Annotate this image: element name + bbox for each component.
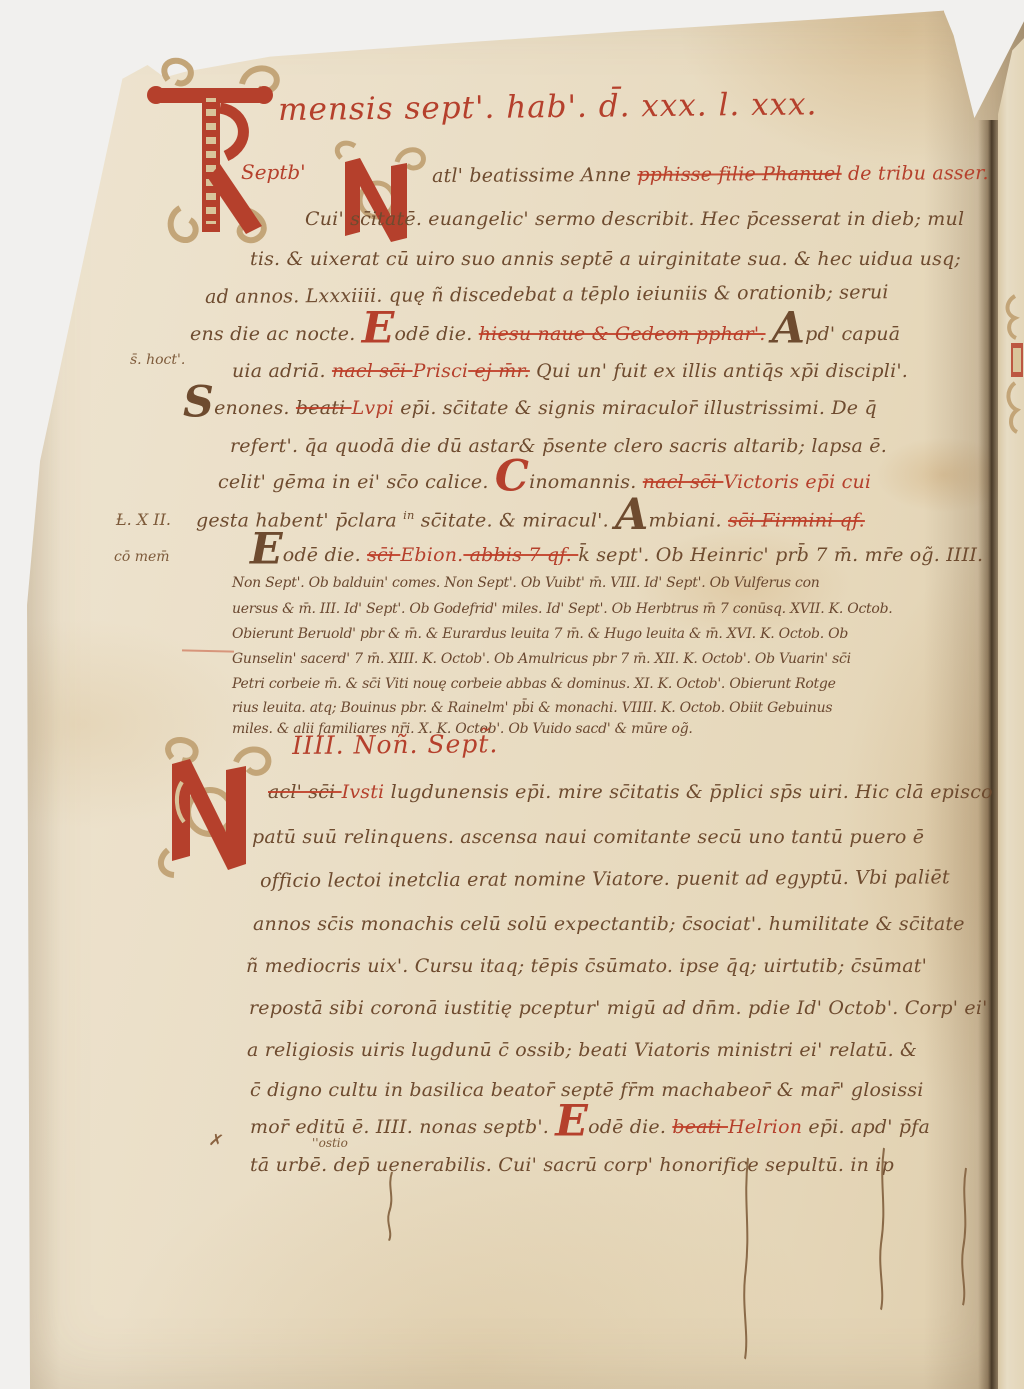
text-segment: gesta habent' p̄clara	[196, 509, 403, 531]
month-label: Septb'	[241, 160, 306, 184]
pen-flourish	[384, 1172, 398, 1242]
facing-folio-ornament-fragment	[1001, 288, 1024, 438]
text-segment: Lvpi	[352, 397, 394, 419]
text-segment: officio lectoi inetclia erat nomine Viat…	[260, 866, 950, 892]
margin-note-comem: cō mem̄	[114, 549, 170, 565]
margin-note-hoct: s̄. hoct'.	[130, 352, 185, 368]
text-segment: annos sc̄is monachis celū solū expectant…	[253, 913, 965, 935]
text-segment: odē die.	[283, 544, 367, 566]
text-segment: pphisse filie Phanuel	[637, 163, 841, 186]
text-segment: a religiosis uiris lugdunū c̄ ossib; bea…	[247, 1039, 917, 1061]
text-segment: Helrion	[728, 1116, 802, 1138]
obit-line: Gunselin' sacerd' 7 m̄. XIII. K. Octob'.…	[232, 651, 851, 667]
text-segment: ep̄i cui	[799, 471, 871, 493]
text-segment: in	[403, 508, 414, 522]
obit-line: uersus & m̄. III. Id' Sept'. Ob Godefrid…	[232, 601, 893, 617]
obit-line: rius leuita. atq; Bouinus pbr. & Rainelm…	[232, 700, 832, 716]
versal-initial: S	[183, 378, 214, 428]
text-line: atl' beatissime Anne pphisse filie Phanu…	[432, 163, 989, 188]
text-line: ñ mediocris uix'. Cursu itaq; tēpis c̄sū…	[246, 956, 927, 978]
versal-initial: C	[495, 452, 529, 502]
text-segment: nacl sc̄i	[643, 471, 724, 493]
text-line: repostā sibi coronā iustitię pceptur' mi…	[249, 998, 988, 1020]
text-segment: abbis 7 qf.	[463, 544, 578, 566]
text-segment: hiesu naue & Gedeon pphar'.	[479, 323, 766, 345]
pen-flourish	[740, 1158, 754, 1363]
obit-line: Petri corbeie m̄. & sc̄i Viti nouę corbe…	[232, 676, 836, 692]
text-line: patū suū relinquens. ascensa naui comita…	[252, 827, 924, 849]
versal-initial: A	[615, 490, 648, 540]
text-line: officio lectoi inetclia erat nomine Viat…	[260, 867, 950, 892]
text-segment: lugdunensis ep̄i. mire sc̄itatis & p̄pli…	[384, 781, 992, 803]
text-line: annos sc̄is monachis celū solū expectant…	[253, 914, 965, 936]
text-line: acl' sc̄i Ivsti lugdunensis ep̄i. mire s…	[268, 782, 993, 804]
versal-initial: A	[772, 304, 805, 354]
text-segment: beati	[672, 1116, 728, 1138]
text-line: Eodē die. sc̄i Ebion. abbis 7 qf. k̄ sep…	[250, 545, 983, 567]
versal-initial: E	[250, 525, 283, 575]
nones-heading: IIII. Noñ. Sept̃.	[292, 729, 498, 760]
text-segment: acl' sc̄i	[268, 781, 342, 803]
pen-flourish	[958, 1168, 972, 1308]
interlinear-correction: ''ostio	[312, 1136, 348, 1150]
text-segment: Prisci	[413, 360, 469, 382]
text-line: a religiosis uiris lugdunū c̄ ossib; bea…	[247, 1040, 917, 1062]
margin-note-lxii: Ƚ. X II.	[116, 510, 171, 529]
text-segment: ej m̄r.	[468, 360, 530, 382]
facing-folio-edge	[998, 30, 1024, 1389]
text-line: celit' gēma in ei' sc̄o calice. Cinomann…	[218, 472, 871, 494]
text-segment: mor̄ editū ē. IIII. nonas septb'.	[250, 1116, 555, 1138]
text-segment: odē die.	[588, 1116, 672, 1138]
text-line: tis. & uixerat cū uiro suo annis septē a…	[250, 249, 961, 271]
text-line: refert'. q̄a quodā die dū astar& p̄sente…	[230, 436, 887, 458]
text-segment: ep̄i. apd' p̄fa	[802, 1116, 930, 1138]
obit-line: Non Sept'. Ob balduin' comes. Non Sept'.…	[232, 575, 820, 591]
text-segment: atl' beatissime Anne	[432, 164, 637, 187]
versal-initial: E	[362, 304, 395, 354]
text-segment: celit' gēma in ei' sc̄o calice.	[218, 471, 495, 493]
text-segment: nacl sc̄i	[332, 360, 413, 382]
text-segment: tis. & uixerat cū uiro suo annis septē a…	[250, 248, 961, 270]
versal-initial: E	[555, 1097, 588, 1147]
text-segment: uia adriā.	[232, 360, 332, 382]
text-segment: Qui un' fuit ex illis antiq̄s xp̄i disci…	[530, 360, 908, 382]
text-line: gesta habent' p̄clara in sc̄itate. & mir…	[196, 509, 865, 532]
text-segment: de tribu asser.	[842, 162, 989, 185]
text-segment: ñ mediocris uix'. Cursu itaq; tēpis c̄sū…	[246, 955, 927, 977]
kl-monogram-initial	[146, 58, 288, 246]
text-segment: k̄ sept'. Ob Heinric' prb̄ 7 m̄. mr̄e og…	[578, 544, 983, 566]
manuscript-photo: mensis sept'. hab'. d̄. xxx. l. xxx. Sep…	[0, 0, 1024, 1389]
text-segment: Victoris	[723, 471, 799, 493]
text-segment: sc̄itate. & miracul'.	[415, 509, 616, 531]
text-segment: sc̄i Firmini qf.	[728, 509, 865, 531]
obit-line: Obierunt Beruold' pbr & m̄. & Eurardus l…	[232, 626, 848, 642]
decorated-initial-n-justus	[152, 742, 270, 876]
text-segment: pd' capuā	[805, 323, 900, 345]
text-segment: sc̄i	[367, 544, 400, 566]
calendar-heading: mensis sept'. hab'. d̄. xxx. l. xxx.	[278, 86, 818, 128]
text-segment: beati	[296, 397, 352, 419]
text-segment: repostā sibi coronā iustitię pceptur' mi…	[249, 997, 988, 1019]
book-gutter	[978, 120, 1000, 1389]
text-segment: mbiani.	[648, 509, 728, 531]
text-line: uia adriā. nacl sc̄i Prisci ej m̄r. Qui …	[232, 361, 908, 383]
text-line: ens die ac nocte. Eodē die. hiesu naue &…	[190, 324, 900, 346]
text-segment: Ebion.	[400, 544, 463, 566]
text-segment: tā urbē. dep̄ uenerabilis. Cui' sacrū co…	[250, 1154, 894, 1176]
text-line: tā urbē. dep̄ uenerabilis. Cui' sacrū co…	[250, 1155, 894, 1177]
text-line: Cui' sc̄itatē. euangelic' sermo describi…	[305, 209, 964, 231]
pen-flourish	[876, 1148, 890, 1313]
text-segment: ens die ac nocte.	[190, 323, 362, 345]
text-segment: patū suū relinquens. ascensa naui comita…	[252, 826, 924, 848]
text-segment: Ivsti	[342, 781, 385, 803]
text-line: Senones. beati Lvpi ep̄i. sc̄itate & sig…	[183, 398, 877, 420]
text-segment: ep̄i. sc̄itate & signis miraculor̄ illus…	[394, 397, 877, 419]
text-segment: Cui' sc̄itatē. euangelic' sermo describi…	[305, 208, 964, 230]
text-segment: enones.	[214, 397, 296, 419]
text-segment: refert'. q̄a quodā die dū astar& p̄sente…	[230, 435, 887, 457]
text-segment: odē die.	[394, 323, 478, 345]
text-line: mor̄ editū ē. IIII. nonas septb'. Eodē d…	[250, 1117, 930, 1139]
